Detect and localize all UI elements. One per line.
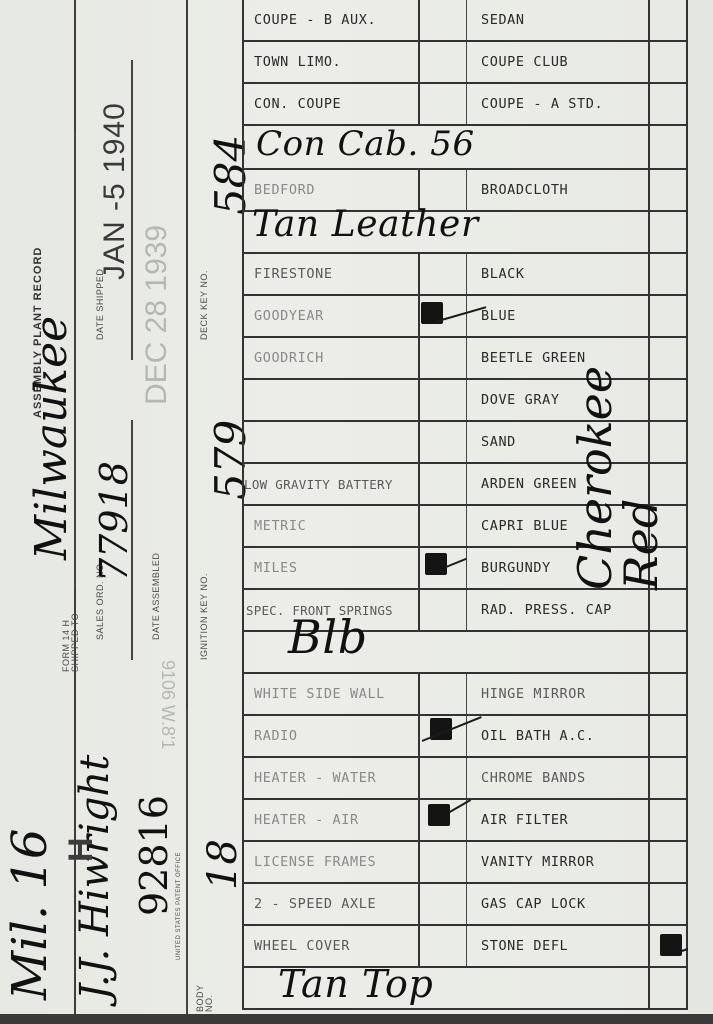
option-town-limo: TOWN LIMO. <box>242 42 420 82</box>
option-check-box-checked[interactable] <box>420 296 467 336</box>
option-license-frames: LICENSE FRAMES <box>242 842 420 882</box>
option-coupe-club: COUPE CLUB <box>467 42 650 82</box>
body-no-value: 92816 <box>132 795 176 916</box>
option-broadcloth: BROADCLOTH <box>467 170 650 210</box>
paint-color-note: Cherokee Red <box>572 330 664 590</box>
grid-row: HEATER - WATER CHROME BANDS <box>242 758 688 800</box>
option-firestone: FIRESTONE <box>242 254 420 294</box>
date-shipped-faint-stamp: DEC 28 1939 <box>140 225 174 405</box>
option-check-box[interactable] <box>650 884 688 924</box>
option-check-box[interactable] <box>420 84 467 124</box>
grid-row: COUPE - B AUX. SEDAN <box>242 0 688 42</box>
option-check-box[interactable] <box>420 842 467 882</box>
option-miles: MILES <box>242 548 420 588</box>
option-check-box[interactable] <box>420 338 467 378</box>
shipped-to-value: Milwaukee <box>26 316 77 560</box>
option-hinge-mirror: HINGE MIRROR <box>467 674 650 714</box>
date-assembled-faint-stamp: 9106 W.8'1 <box>157 660 178 750</box>
note-cell: Con Cab. 56 <box>242 126 650 168</box>
option-white-side-wall: WHITE SIDE WALL <box>242 674 420 714</box>
option-check-box[interactable] <box>650 716 688 756</box>
option-coupe-b-aux: COUPE - B AUX. <box>242 0 420 40</box>
option-check-box[interactable] <box>420 590 467 630</box>
option-check-box[interactable] <box>420 254 467 294</box>
handwritten-note-1: Mil. 16 <box>2 829 58 1000</box>
option-metric: METRIC <box>242 506 420 546</box>
grid-note-row: Tan Leather <box>242 212 688 254</box>
extra-number: 18 <box>200 839 246 890</box>
option-rad-press-cap: RAD. PRESS. CAP <box>467 590 650 630</box>
grid-note-row: Con Cab. 56 <box>242 126 688 170</box>
option-low-gravity-battery: LOW GRAVITY BATTERY <box>242 464 420 504</box>
option-check-box-checked[interactable] <box>650 926 688 966</box>
option-2-speed-axle: 2 - SPEED AXLE <box>242 884 420 924</box>
top-note: Tan Top <box>278 962 433 1006</box>
option-check-box[interactable] <box>420 674 467 714</box>
note-cell: Blb <box>242 632 650 672</box>
option-check-box[interactable] <box>420 422 467 462</box>
option-grid: COUPE - B AUX. SEDAN TOWN LIMO. COUPE CL… <box>242 0 688 1010</box>
option-black: BLACK <box>467 254 650 294</box>
option-check-box[interactable] <box>650 632 688 672</box>
option-blank <box>242 422 420 462</box>
option-check-box[interactable] <box>420 464 467 504</box>
grid-row: CON. COUPE COUPE - A STD. <box>242 84 688 126</box>
patent-note: UNITED STATES PATENT OFFICE <box>176 852 182 960</box>
grid-row: FIRESTONE BLACK <box>242 254 688 296</box>
shipped-to-label: SHIPPED TO <box>71 613 80 672</box>
option-check-box[interactable] <box>420 926 467 966</box>
date-shipped-value: JAN -5 1940 <box>98 102 132 280</box>
card-right-margin <box>688 0 713 1014</box>
option-air-filter: AIR FILTER <box>467 800 650 840</box>
grid-row: 2 - SPEED AXLE GAS CAP LOCK <box>242 884 688 926</box>
grid-note-row: Tan Top <box>242 968 688 1010</box>
option-check-box[interactable] <box>420 42 467 82</box>
card-bottom-edge <box>0 1014 713 1024</box>
body-no-rule <box>186 710 188 1014</box>
option-check-box[interactable] <box>420 758 467 798</box>
assembly-plant-record-card: ASSEMBLY PLANT RECORD FORM 14 H SHIPPED … <box>0 0 713 1024</box>
option-vanity-mirror: VANITY MIRROR <box>467 842 650 882</box>
grid-row: HEATER - AIR AIR FILTER <box>242 800 688 842</box>
option-check-box[interactable] <box>650 212 688 252</box>
option-chrome-bands: CHROME BANDS <box>467 758 650 798</box>
option-check-box[interactable] <box>650 170 688 210</box>
handwritten-note-2: J.J. Hiwright <box>72 755 118 1000</box>
option-check-box[interactable] <box>650 800 688 840</box>
springs-note: Blb <box>288 610 368 664</box>
option-check-box[interactable] <box>650 842 688 882</box>
grid-row: LICENSE FRAMES VANITY MIRROR <box>242 842 688 884</box>
option-blank <box>242 380 420 420</box>
note-cell: Tan Leather <box>242 212 650 252</box>
sales-ord-value: 77918 <box>92 461 136 582</box>
option-stone-defl: STONE DEFL <box>467 926 650 966</box>
grid-note-row: Blb <box>242 632 688 674</box>
option-heater-air: HEATER - AIR <box>242 800 420 840</box>
grid-row: WHITE SIDE WALL HINGE MIRROR <box>242 674 688 716</box>
option-check-box[interactable] <box>420 884 467 924</box>
check-mark-icon <box>660 934 682 956</box>
option-gas-cap-lock: GAS CAP LOCK <box>467 884 650 924</box>
option-goodyear: GOODYEAR <box>242 296 420 336</box>
grid-row: TOWN LIMO. COUPE CLUB <box>242 42 688 84</box>
option-check-box[interactable] <box>420 506 467 546</box>
option-check-box[interactable] <box>650 126 688 168</box>
option-check-box[interactable] <box>650 674 688 714</box>
option-wheel-cover: WHEEL COVER <box>242 926 420 966</box>
date-assembled-label: DATE ASSEMBLED <box>152 553 161 640</box>
option-check-box[interactable] <box>650 42 688 82</box>
option-heater-water: HEATER - WATER <box>242 758 420 798</box>
option-check-box[interactable] <box>650 254 688 294</box>
option-con-coupe: CON. COUPE <box>242 84 420 124</box>
option-radio: RADIO <box>242 716 420 756</box>
option-check-box-checked[interactable] <box>420 716 467 756</box>
deck-key-label: DECK KEY NO. <box>200 270 209 340</box>
ignition-key-label: IGNITION KEY NO. <box>200 573 209 660</box>
option-check-box[interactable] <box>650 758 688 798</box>
body-no-label: BODY NO. <box>196 972 214 1012</box>
option-check-box[interactable] <box>420 380 467 420</box>
option-check-box[interactable] <box>650 84 688 124</box>
option-sedan: SEDAN <box>467 0 650 40</box>
option-check-box[interactable] <box>650 0 688 40</box>
option-check-box[interactable] <box>650 968 688 1008</box>
sales-ord-underline <box>131 420 133 660</box>
option-oil-bath-ac: OIL BATH A.C. <box>467 716 650 756</box>
body-style-note: Con Cab. 56 <box>256 124 475 164</box>
upholstery-note: Tan Leather <box>252 204 479 245</box>
option-goodrich: GOODRICH <box>242 338 420 378</box>
option-check-box-checked[interactable] <box>420 548 467 588</box>
check-mark-icon <box>425 553 447 575</box>
note-cell: Tan Top <box>242 968 650 1008</box>
date-shipped-underline <box>131 60 133 360</box>
option-check-box[interactable] <box>650 590 688 630</box>
check-mark-icon <box>428 804 450 826</box>
option-check-box[interactable] <box>420 0 467 40</box>
option-coupe-a-std: COUPE - A STD. <box>467 84 650 124</box>
dealer-initial-stamp: H <box>62 837 101 862</box>
